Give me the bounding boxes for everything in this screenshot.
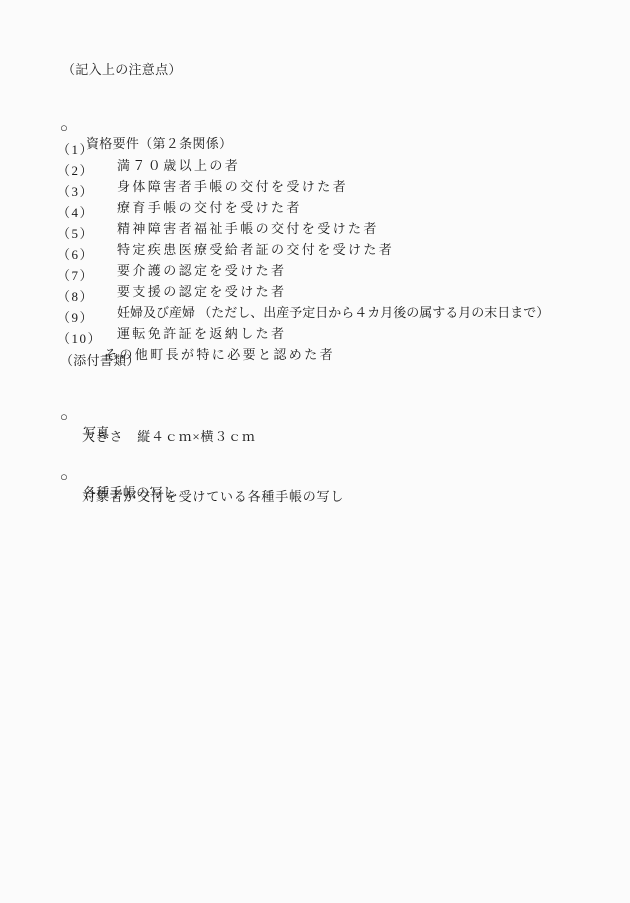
document-page: （記入上の注意点） ○ 資格要件（第２条関係） （1） 満７０歳以上の者 （2）… xyxy=(0,0,630,903)
item-number: （10） xyxy=(57,331,102,347)
qualification-item: （1） 満７０歳以上の者 xyxy=(0,126,630,142)
attachment-item-techo: ○ 各種手帳の写し xyxy=(0,453,630,469)
qualification-item: （5） 特定疾患医療受給者証の交付を受けた者 xyxy=(0,210,630,226)
qualification-item: （2） 身体障害者手帳の交付を受けた者 xyxy=(0,147,630,163)
qualification-item: （10） その他町長が特に必要と認めた者 xyxy=(0,315,630,331)
attachment-detail-photo: 大きさ 縦４ｃｍ×横３ｃｍ xyxy=(0,413,630,429)
attachment-detail-text: 対象者が交付を受けている各種手帳の写し xyxy=(82,489,344,505)
attachment-detail-techo: 対象者が交付を受けている各種手帳の写し xyxy=(0,473,630,489)
qualification-item: （9） 運転免許証を返納した者 xyxy=(0,294,630,310)
qualification-item: （8） 妊婦及び産婦 （ただし、出産予定日から４カ月後の属する月の末日まで） xyxy=(0,273,630,289)
attachments-header: （添付書類） xyxy=(60,353,140,369)
qualification-item: （7） 要支援の認定を受けた者 xyxy=(0,252,630,268)
qualification-item: （4） 精神障害者福祉手帳の交付を受けた者 xyxy=(0,189,630,205)
attachment-item-photo: ○ 写真 xyxy=(0,393,630,409)
notes-header: （記入上の注意点） xyxy=(62,62,182,78)
qualification-heading-row: ○ 資格要件（第２条関係） xyxy=(0,104,630,120)
qualification-item: （6） 要介護の認定を受けた者 xyxy=(0,231,630,247)
attachment-detail-text: 大きさ 縦４ｃｍ×横３ｃｍ xyxy=(82,429,256,445)
qualification-item: （3） 療育手帳の交付を受けた者 xyxy=(0,168,630,184)
